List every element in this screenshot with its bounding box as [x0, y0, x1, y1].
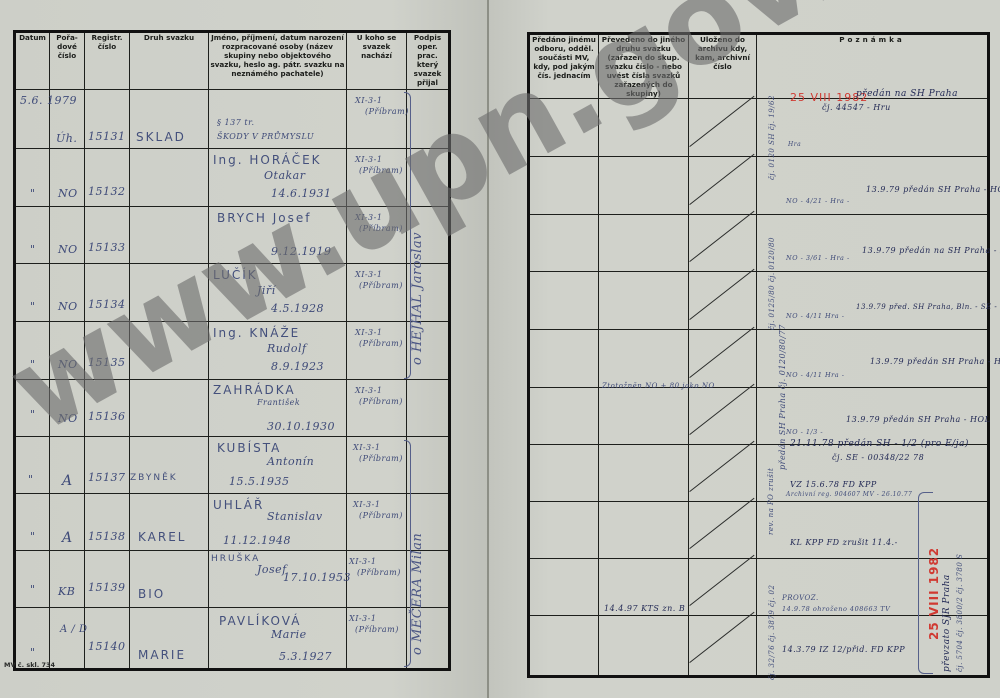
- header-predano: Předáno jinému odboru, odděl. součásti M…: [529, 34, 599, 99]
- cell-poznamka: [757, 502, 989, 559]
- poznamka-row6-a: NO - 4/11 Hra -: [786, 371, 844, 379]
- cell-druh: SKLAD: [130, 90, 209, 149]
- cell-poradove: KB: [50, 551, 85, 608]
- cell-poradove: Úh.: [50, 90, 85, 149]
- cell-ulozeno: [689, 99, 757, 157]
- cell-registr: 15133: [85, 207, 130, 264]
- cell-datum: ": [15, 322, 50, 380]
- cell-u-koho: XI-3-1(Příbram): [347, 264, 407, 322]
- cell-jmeno: UHLÁŘStanislav11.12.1948: [209, 494, 347, 551]
- bottom-vertical-note-2: čj. 5704 čj. 3800/2 čj. 3780 S: [956, 554, 964, 672]
- cell-registr: 15132: [85, 149, 130, 207]
- table-row: " A 15138 KAREL UHLÁŘStanislav11.12.1948…: [15, 494, 450, 551]
- cell-druh: BIO: [130, 551, 209, 608]
- cell-ulozeno: [689, 272, 757, 330]
- header-jmeno: Jméno, příjmení, datum narození rozpraco…: [209, 32, 347, 90]
- poznamka-row10: KL KPP FD zrušit 11.4.-: [790, 538, 898, 547]
- vertical-note-2: čj. 0125/80 čj. 0120/80: [768, 237, 776, 330]
- poznamka-row11-c: 14.3.79 IZ 12/přid. FD KPP: [782, 645, 905, 654]
- cell-druh: [130, 322, 209, 380]
- table-row: " A 15137 ZBYNĚK KUBÍSTAAntonín15.5.1935…: [15, 437, 450, 494]
- cell-prevedeno: [599, 502, 689, 559]
- cell-predano: [529, 157, 599, 215]
- cell-u-koho: XI-3-1(Příbram): [347, 380, 407, 437]
- prevedeno-note-row7: Ztotožněn NO + 80 jako NO: [602, 382, 715, 390]
- cell-podpis: [407, 90, 450, 149]
- cell-datum: ": [15, 149, 50, 207]
- cell-ulozeno: [689, 445, 757, 502]
- prevedeno-note-row11: 14.4.97 KTS zn. B: [604, 604, 685, 613]
- stamp-date-bottom: 25 VIII 1982: [927, 547, 941, 640]
- cell-poradove: NO: [50, 207, 85, 264]
- cell-jmeno: Ing. KNÁŽERudolf8.9.1923: [209, 322, 347, 380]
- poznamka-row6-b: 13.9.79 předán SH Praha - HOL: [870, 357, 1000, 366]
- poznamka-row8-b: čj. SE - 00348/22 78: [832, 453, 924, 462]
- cell-u-koho: XI-3-1(Příbram): [347, 149, 407, 207]
- cell-druh: [130, 380, 209, 437]
- cell-druh: MARIE: [130, 608, 209, 670]
- cell-druh: [130, 149, 209, 207]
- poznamka-row4-a: NO - 3/61 - Hra -: [786, 254, 850, 262]
- vertical-note-4: rev. na PO zrušit: [767, 468, 775, 535]
- cell-poradove: NO: [50, 322, 85, 380]
- cell-ulozeno: [689, 330, 757, 388]
- cell-ulozeno: [689, 502, 757, 559]
- table-row: " NO 15135 Ing. KNÁŽERudolf8.9.1923 XI-3…: [15, 322, 450, 380]
- cell-registr: 15139: [85, 551, 130, 608]
- header-prevedeno: Převedeno do jiného druhu svazku (zařaze…: [599, 34, 689, 99]
- cell-podpis: [407, 380, 450, 437]
- cell-predano: [529, 330, 599, 388]
- cell-prevedeno: [599, 215, 689, 272]
- header-registr-cislo: Registr. číslo: [85, 32, 130, 90]
- cell-u-koho: XI-3-1(Příbram): [347, 322, 407, 380]
- cell-datum: 5.6. 1979: [15, 90, 50, 149]
- bottom-vertical-note-1: převzato SJR Praha: [942, 574, 952, 672]
- poznamka-row1-b: čj. 44547 - Hru: [822, 103, 891, 112]
- cell-druh: [130, 264, 209, 322]
- signature-mecera: o MEČERA Milan: [410, 533, 425, 655]
- left-ledger-table: Datum Pořa-dové číslo Registr. číslo Dru…: [13, 30, 451, 671]
- cell-registr: 15135: [85, 322, 130, 380]
- cell-datum: ": [15, 207, 50, 264]
- cell-datum: ": [15, 380, 50, 437]
- table-row: [529, 99, 989, 157]
- cell-poradove: A: [50, 437, 85, 494]
- poznamka-row4-b: 13.9.79 předán na SH Praha - HOL -: [862, 246, 1000, 255]
- cell-prevedeno: [599, 388, 689, 445]
- cell-poznamka: [757, 215, 989, 272]
- cell-druh: KAREL: [130, 494, 209, 551]
- vertical-note-3: předán SH Praha čj. 0120/80/77: [778, 324, 787, 470]
- cell-registr: 15138: [85, 494, 130, 551]
- table-row: 5.6. 1979 Úh. 15131 SKLAD § 137 tr.ŠKODY…: [15, 90, 450, 149]
- cell-prevedeno: [599, 157, 689, 215]
- cell-ulozeno: [689, 215, 757, 272]
- cell-prevedeno: [599, 616, 689, 677]
- cell-predano: [529, 215, 599, 272]
- cell-ulozeno: [689, 616, 757, 677]
- cell-ulozeno: [689, 388, 757, 445]
- cell-jmeno: LUČÍKJiří4.5.1928: [209, 264, 347, 322]
- cell-poradove: NO: [50, 149, 85, 207]
- cell-predano: [529, 388, 599, 445]
- cell-u-koho: XI-3-1(Příbram): [347, 551, 407, 608]
- form-code: MV č. skl. 734: [4, 661, 55, 669]
- cell-poradove: NO: [50, 264, 85, 322]
- poznamka-row3-b: 13.9.79 předán SH Praha - HOL: [866, 185, 1000, 194]
- poznamka-row9-b: Archivní reg. 904607 MV - 26.10.77: [786, 491, 912, 498]
- table-row: " KB 15139 BIO HRUŠKAJosef17.10.1953 XI-…: [15, 551, 450, 608]
- cell-druh: ZBYNĚK: [130, 437, 209, 494]
- cell-prevedeno: [599, 99, 689, 157]
- cell-jmeno: Ing. HORÁČEKOtakar14.6.1931: [209, 149, 347, 207]
- cell-ulozeno: [689, 559, 757, 616]
- cell-prevedeno: [599, 445, 689, 502]
- cell-u-koho: XI-3-1(Příbram): [347, 494, 407, 551]
- cell-u-koho: XI-3-1(Příbram): [347, 90, 407, 149]
- poznamka-row9-a: VZ 15.6.78 FD KPP: [790, 480, 877, 489]
- header-podpis: Podpis oper. prac. který svazek přijal: [407, 32, 450, 90]
- cell-jmeno: PAVLÍKOVÁMarie5.3.1927: [209, 608, 347, 670]
- poznamka-row1-a: předán na SH Praha: [856, 89, 958, 99]
- cell-poradove: NO: [50, 380, 85, 437]
- cell-poradove: A: [50, 494, 85, 551]
- table-row: " NO 15134 LUČÍKJiří4.5.1928 XI-3-1(Příb…: [15, 264, 450, 322]
- poznamka-row11-b: 14.9.78 ohroženo 408663 TV: [782, 605, 890, 613]
- poznamka-row2: Hra: [788, 141, 801, 148]
- header-datum: Datum: [15, 32, 50, 90]
- poznamka-row7-b: 13.9.79 předán SH Praha - HOL: [846, 415, 990, 424]
- cell-jmeno: BRYCH Josef9.12.1919: [209, 207, 347, 264]
- cell-jmeno: HRUŠKAJosef17.10.1953: [209, 551, 347, 608]
- table-row: " NO 15136 ZAHRÁDKAFrantišek30.10.1930 X…: [15, 380, 450, 437]
- cell-prevedeno: [599, 330, 689, 388]
- table-row: " A / D 15140 MARIE PAVLÍKOVÁMarie5.3.19…: [15, 608, 450, 670]
- cell-datum: ": [15, 264, 50, 322]
- cell-jmeno: ZAHRÁDKAFrantišek30.10.1930: [209, 380, 347, 437]
- vertical-note-1: čj. 0120 SH čj. 19/62: [768, 95, 776, 180]
- cell-datum: ": [15, 551, 50, 608]
- cell-datum: ": [15, 437, 50, 494]
- vertical-note-5: čj. 32/76 čj. 3879 čj. 02: [768, 585, 776, 680]
- cell-registr: 15136: [85, 380, 130, 437]
- cell-podpis: [407, 149, 450, 207]
- cell-u-koho: XI-3-1(Příbram): [347, 437, 407, 494]
- header-u-koho: U koho se svazek nachází: [347, 32, 407, 90]
- poznamka-row5-a: NO - 4/11 Hra -: [786, 312, 844, 320]
- poznamka-row3-a: NO - 4/21 - Hra -: [786, 197, 850, 205]
- cell-predano: [529, 616, 599, 677]
- cell-ulozeno: [689, 157, 757, 215]
- cell-u-koho: XI-3-1(Příbram): [347, 207, 407, 264]
- table-row: [529, 272, 989, 330]
- header-row: Datum Pořa-dové číslo Registr. číslo Dru…: [15, 32, 450, 90]
- book-spine: [487, 0, 489, 698]
- cell-predano: [529, 272, 599, 330]
- cell-registr: 15137: [85, 437, 130, 494]
- table-row: " NO 15133 BRYCH Josef9.12.1919 XI-3-1(P…: [15, 207, 450, 264]
- cell-datum: ": [15, 494, 50, 551]
- header-ulozeno: Uloženo do archivu kdy, kam, archivní čí…: [689, 34, 757, 99]
- poznamka-row11-a: PROVOZ.: [782, 594, 819, 602]
- poznamka-row7-a: NO - 1/3 -: [786, 428, 823, 436]
- header-druh-svazku: Druh svazku: [130, 32, 209, 90]
- cell-predano: [529, 445, 599, 502]
- cell-druh: [130, 207, 209, 264]
- poznamka-row5-b: 13.9.79 před. SH Praha, Bln. - SE - 0051…: [856, 303, 1000, 311]
- cell-registr: 15131: [85, 90, 130, 149]
- table-row: " NO 15132 Ing. HORÁČEKOtakar14.6.1931 X…: [15, 149, 450, 207]
- cell-u-koho: XI-3-1(Příbram): [347, 608, 407, 670]
- cell-poznamka: [757, 272, 989, 330]
- cell-registr: 15140: [85, 608, 130, 670]
- cell-registr: 15134: [85, 264, 130, 322]
- cell-podpis: [407, 437, 450, 494]
- cell-predano: [529, 99, 599, 157]
- header-poradove-cislo: Pořa-dové číslo: [50, 32, 85, 90]
- cell-predano: [529, 502, 599, 559]
- cell-predano: [529, 559, 599, 616]
- table-row: [529, 215, 989, 272]
- signature-hejhal: o HEJHAL Jaroslav: [410, 232, 425, 365]
- cell-jmeno: § 137 tr.ŠKODY V PRŮMYSLU: [209, 90, 347, 149]
- poznamka-row8-a: 21.11.78 předán SH - 1/2 (pro E/ja): [790, 439, 969, 449]
- cell-prevedeno: [599, 272, 689, 330]
- cell-jmeno: KUBÍSTAAntonín15.5.1935: [209, 437, 347, 494]
